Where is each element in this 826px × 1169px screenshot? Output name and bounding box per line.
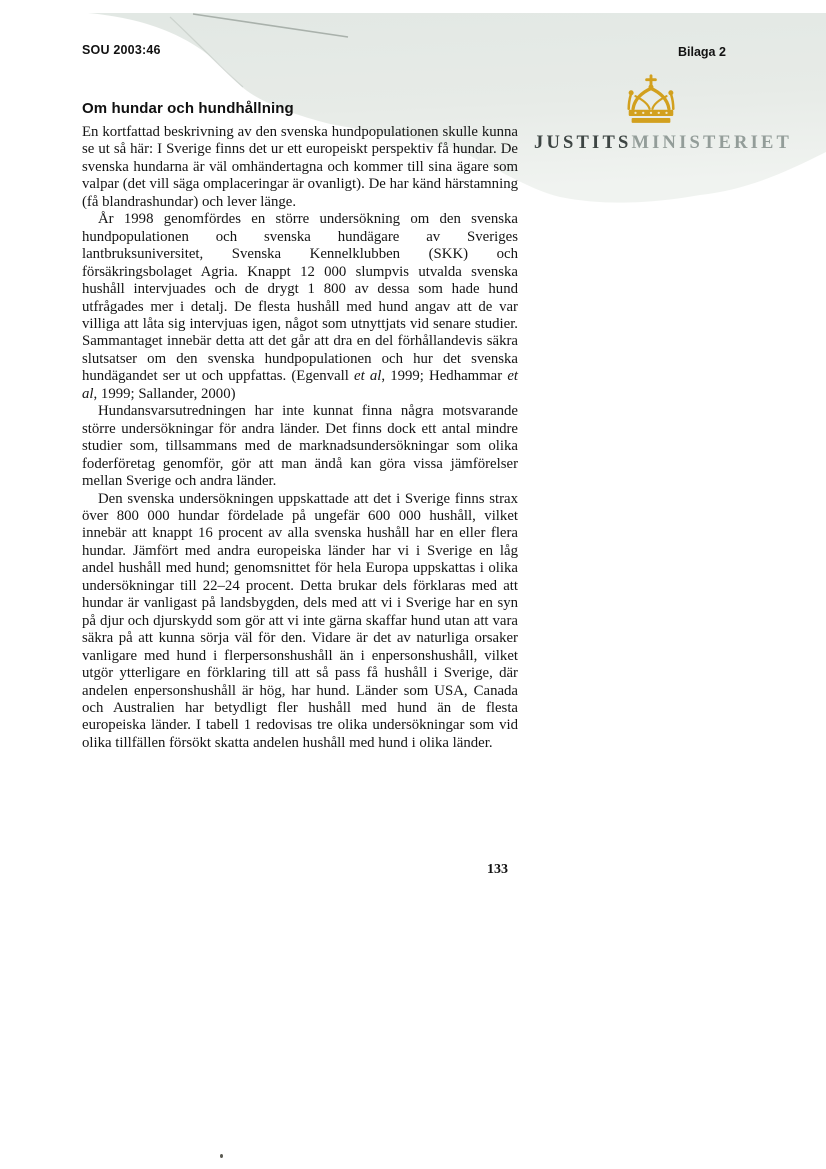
- page-number: 133: [487, 862, 508, 878]
- royal-crown-icon: [620, 74, 682, 130]
- page-title: Om hundar och hundhållning: [82, 100, 294, 117]
- ministry-name-primary: JUSTITS: [534, 133, 631, 153]
- scanned-document-page: SOU 2003:46 Bilaga 2 Om hundar och hundh…: [0, 0, 826, 1169]
- ministry-name-secondary: MINISTERIET: [631, 133, 792, 153]
- scan-speck: [220, 1154, 223, 1158]
- report-number: SOU 2003:46: [82, 43, 161, 57]
- ministry-name: JUSTITSMINISTERIET: [534, 133, 784, 154]
- paragraph: En kortfattad beskrivning av den svenska…: [82, 124, 518, 211]
- paragraph: Hundansvarsutredningen har inte kunnat f…: [82, 403, 518, 490]
- body-paragraphs: En kortfattad beskrivning av den svenska…: [82, 124, 518, 752]
- paragraph: År 1998 genomfördes en större undersökni…: [82, 211, 518, 403]
- appendix-label: Bilaga 2: [678, 45, 726, 59]
- justitsministeriet-logo: JUSTITSMINISTERIET: [534, 70, 784, 160]
- paragraph: Den svenska undersökningen uppskattade a…: [82, 491, 518, 753]
